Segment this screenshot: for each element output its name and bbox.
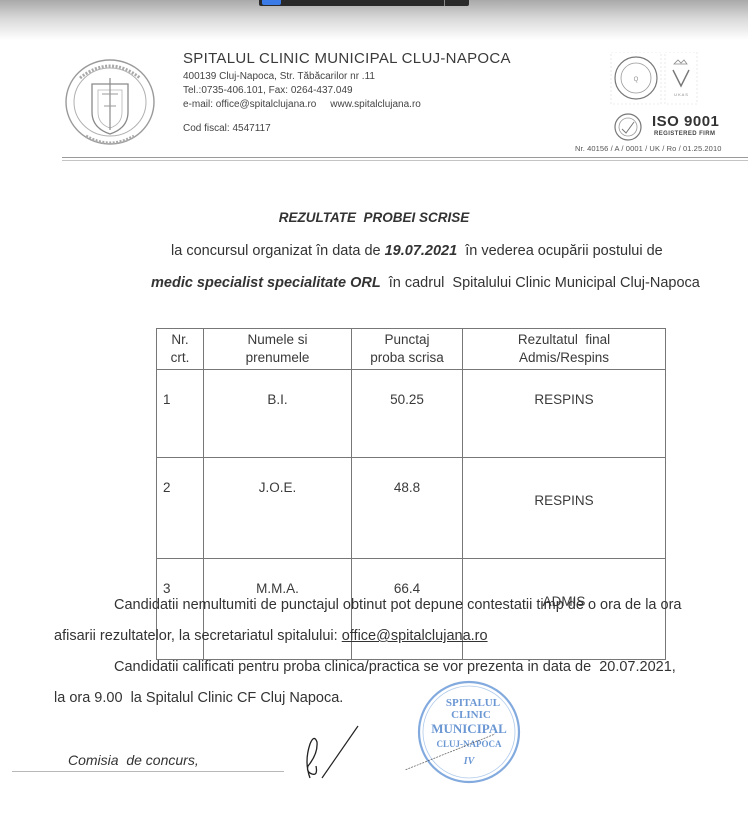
- stamp-line-5: IV: [463, 756, 476, 767]
- stamp-line-2: CLINIC: [451, 709, 491, 721]
- document-title: REZULTATE PROBEI SCRISE: [0, 210, 748, 225]
- position-suffix: în cadrul Spitalului Clinic Municipal Cl…: [381, 275, 700, 291]
- cell-name: B.I.: [204, 370, 352, 458]
- hospital-email-web: e-mail: office@spitalclujana.ro www.spit…: [183, 98, 511, 112]
- table-row: 2 J.O.E. 48.8 RESPINS: [157, 458, 666, 559]
- cell-score: 50.25: [352, 370, 463, 458]
- exam-date: 19.07.2021: [385, 243, 458, 259]
- cell-name: J.O.E.: [204, 458, 352, 559]
- cell-nr: 1: [157, 370, 204, 458]
- cell-score: 48.8: [352, 458, 463, 559]
- cell-result: RESPINS: [463, 370, 666, 458]
- header-name: Numele siprenumele: [204, 329, 352, 370]
- letterhead-divider-secondary: [62, 160, 748, 161]
- letterhead-divider: [62, 157, 748, 158]
- contest-note-line2: afisarii rezultatelor, la secretariatul …: [54, 628, 488, 644]
- contest-note-prefix: afisarii rezultatelor, la secretariatul …: [54, 628, 342, 644]
- stamp-line-3: MUNICIPAL: [431, 721, 507, 736]
- stamp-line-4: CLUJ-NAPOCA: [437, 739, 502, 749]
- iso-registered: REGISTERED FIRM: [654, 131, 715, 137]
- intro-suffix: în vederea ocupării postului de: [457, 243, 663, 259]
- header-score: Punctajproba scrisa: [352, 329, 463, 370]
- svg-text:U K A S: U K A S: [674, 92, 688, 97]
- signature-line: [12, 771, 284, 772]
- official-stamp-icon: SPITALUL CLINIC MUNICIPAL CLUJ-NAPOCA IV: [405, 672, 530, 797]
- intro-line: la concursul organizat în data de 19.07.…: [171, 243, 663, 259]
- table-header-row: Nr.crt. Numele siprenumele Punctajproba …: [157, 329, 666, 370]
- letterhead-text: SPITALUL CLINIC MUNICIPAL CLUJ-NAPOCA 40…: [183, 50, 511, 136]
- hospital-phone-fax: Tel.:0735-406.101, Fax: 0264-437.049: [183, 84, 511, 98]
- cell-result: RESPINS: [463, 458, 666, 559]
- signature-icon: [298, 722, 378, 782]
- clinical-note-line2: la ora 9.00 la Spitalul Clinic CF Cluj N…: [54, 690, 343, 706]
- contest-email-link[interactable]: office@spitalclujana.ro: [342, 628, 488, 644]
- certificate-number: Nr. 40156 / A / 0001 / UK / Ro / 01.25.2…: [575, 144, 721, 153]
- viewer-toolbar-active-button[interactable]: [262, 0, 281, 5]
- table-row: 1 B.I. 50.25 RESPINS: [157, 370, 666, 458]
- stamp-line-1: SPITALUL: [446, 697, 500, 709]
- intro-prefix: la concursul organizat în data de: [171, 243, 385, 259]
- header-nr: Nr.crt.: [157, 329, 204, 370]
- fiscal-code: Cod fiscal: 4547117: [183, 122, 511, 136]
- cell-nr: 2: [157, 458, 204, 559]
- iso-label: ISO 9001: [652, 113, 719, 130]
- hospital-crest-seal-icon: [62, 56, 158, 148]
- hospital-name: SPITALUL CLINIC MUNICIPAL CLUJ-NAPOCA: [183, 50, 511, 68]
- clinical-note-line1: Candidatii calificati pentru proba clini…: [114, 659, 676, 675]
- committee-label: Comisia de concurs,: [68, 752, 199, 768]
- viewer-toolbar-divider: [444, 0, 445, 6]
- position-line: medic specialist specialitate ORL în cad…: [151, 275, 700, 291]
- contest-note-line1: Candidatii nemultumiti de punctajul obti…: [114, 597, 681, 613]
- scan-top-shadow: [0, 0, 748, 40]
- header-result: Rezultatul finalAdmis/Respins: [463, 329, 666, 370]
- position-name: medic specialist specialitate ORL: [151, 275, 381, 291]
- hospital-address: 400139 Cluj-Napoca, Str. Tăbăcarilor nr …: [183, 70, 511, 84]
- svg-text:Q: Q: [634, 77, 639, 83]
- viewer-toolbar[interactable]: [259, 0, 469, 6]
